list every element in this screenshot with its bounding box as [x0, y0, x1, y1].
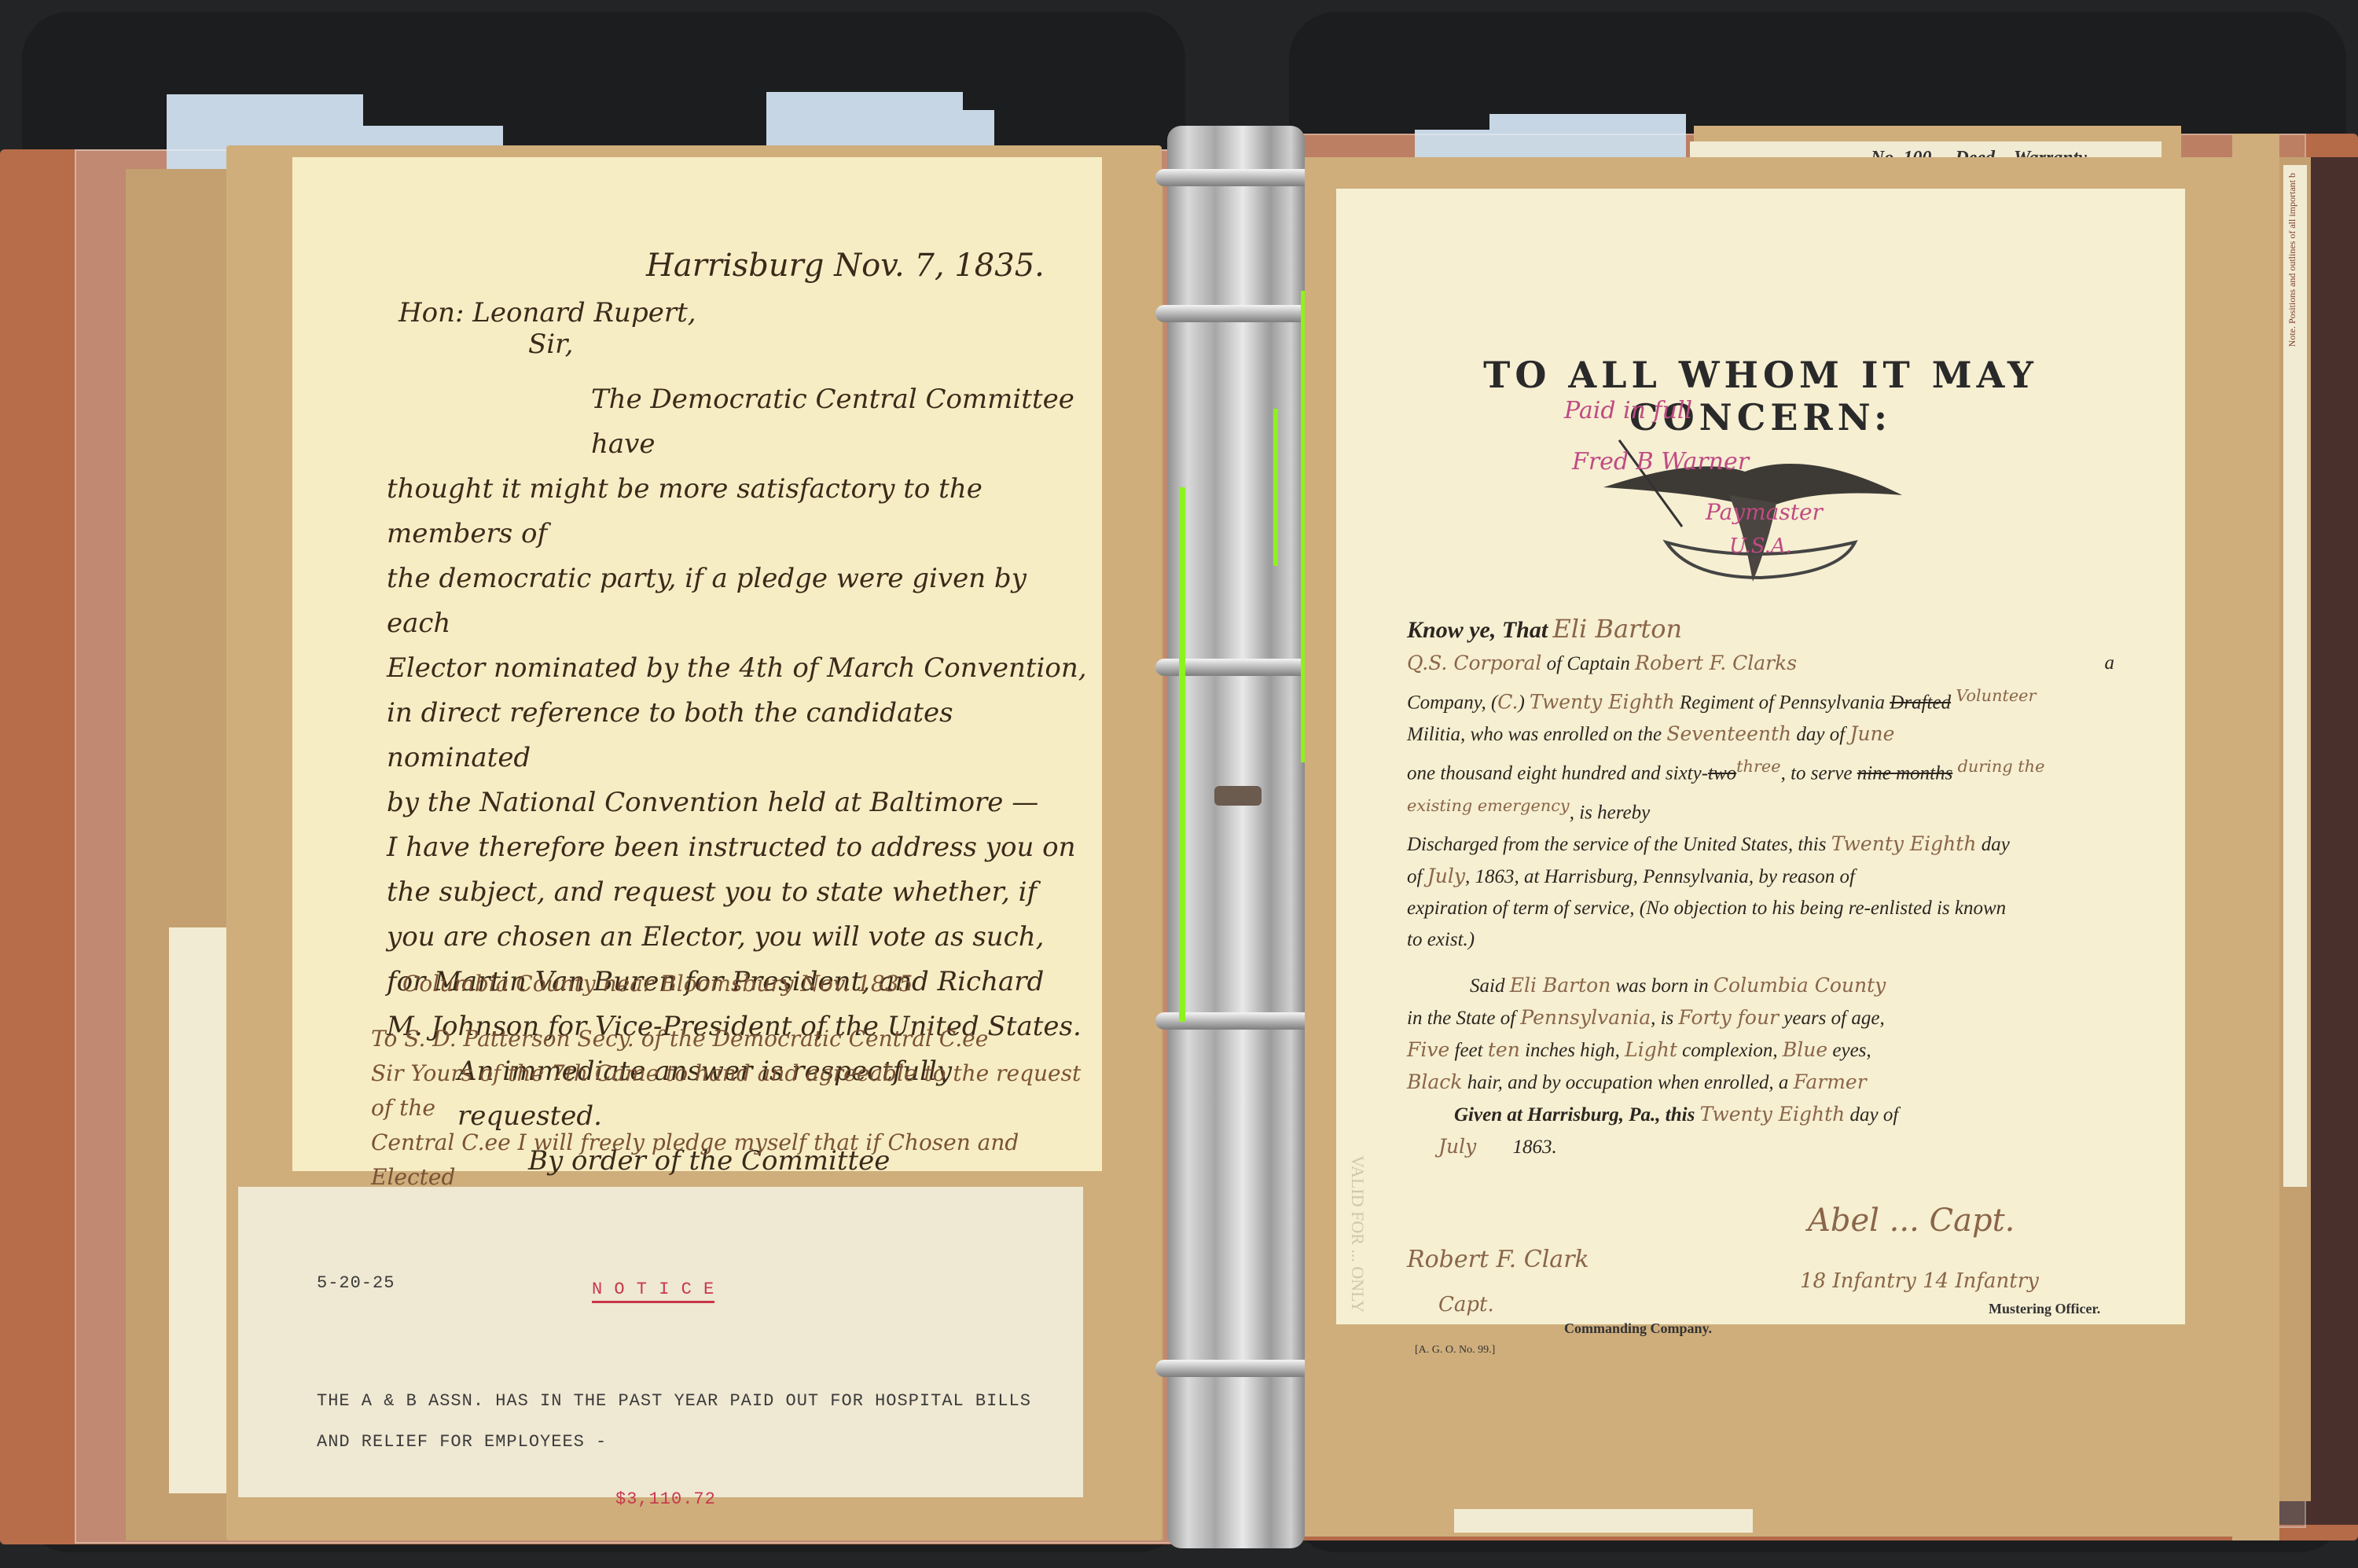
- cert-line: to exist.): [1407, 924, 2114, 956]
- reply-line: Central C.ee I will freely pledge myself…: [371, 1126, 1094, 1195]
- letter-line: the democratic party, if a pledge were g…: [387, 556, 1094, 646]
- letter-line: thought it might be more satisfactory to…: [387, 467, 1094, 556]
- plat-note-line-1: Note. Positions and outlines of all impo…: [2286, 173, 2298, 347]
- cert-line: Militia, who was enrolled on the Sevente…: [1407, 718, 2114, 751]
- cert-line: expiration of term of service, (No objec…: [1407, 893, 2114, 924]
- reply-location-line: Columbia County near Bloomsbury Nov. 183…: [402, 967, 913, 1001]
- letter-1835: Harrisburg Nov. 7, 1835. Hon: Leonard Ru…: [292, 157, 1102, 1171]
- cert-desc-line: in the State of Pennsylvania, is Forty f…: [1407, 1002, 2114, 1034]
- letter-salutation: Sir,: [528, 322, 574, 367]
- plat-form-edge: Note. Positions and outlines of all impo…: [2283, 165, 2307, 1187]
- cert-desc-line: Black hair, and by occupation when enrol…: [1407, 1067, 2114, 1099]
- letter-line: you are chosen an Elector, you will vote…: [387, 915, 1094, 960]
- letter-line: by the National Convention held at Balti…: [387, 780, 1094, 825]
- notice-line-1: THE A & B ASSN. HAS IN THE PAST YEAR PAI…: [317, 1391, 1031, 1411]
- paymaster-usa: U.S.A.: [1729, 534, 1792, 558]
- signature-mustering-title: 18 Infantry 14 Infantry: [1800, 1269, 2039, 1293]
- binder-spine: [1167, 126, 1305, 1548]
- binder-lever[interactable]: [1214, 786, 1262, 806]
- cert-line: Know ye, That Eli Barton: [1407, 613, 2114, 648]
- label-commanding-company: Commanding Company.: [1564, 1320, 1712, 1337]
- letter-line: in direct reference to both the candidat…: [387, 691, 1094, 780]
- reply-line: To S. D. Patterson Secy. of the Democrat…: [371, 1022, 1094, 1056]
- paymaster-paid-in-full: Paid in full: [1564, 397, 1692, 424]
- signature-mustering: Abel ... Capt.: [1808, 1203, 2015, 1239]
- certificate-body: Know ye, That Eli Barton Q.S. Corporal o…: [1407, 613, 2114, 1163]
- signature-commanding: Robert F. Clark: [1407, 1246, 1589, 1273]
- letter-line: I have therefore been instructed to addr…: [387, 825, 1094, 870]
- letter-dateline: Harrisburg Nov. 7, 1835.: [646, 244, 1045, 288]
- notice-date: 5-20-25: [317, 1273, 395, 1293]
- label-mustering-officer: Mustering Officer.: [1989, 1301, 2100, 1317]
- reply-line: Sir Yours of the 7th Came to hand and ag…: [371, 1056, 1094, 1126]
- paymaster-title: Paymaster: [1706, 499, 1823, 525]
- cert-desc-line: Said Eli Barton was born in Columbia Cou…: [1407, 970, 2114, 1002]
- cert-given-line: Given at Harrisburg, Pa., this Twenty Ei…: [1407, 1099, 2114, 1131]
- cert-line: Company, (C.) Twenty Eighth Regiment of …: [1407, 680, 2114, 718]
- notice-title: N O T I C E: [592, 1280, 714, 1303]
- notice-amount: $3,110.72: [615, 1489, 716, 1509]
- scan-artifact: [1273, 409, 1278, 566]
- notice-1925: 5-20-25 N O T I C E THE A & B ASSN. HAS …: [238, 1187, 1083, 1497]
- cert-given-line-2: July 1863.: [1407, 1131, 2114, 1163]
- cert-line: Q.S. Corporal of Captain Robert F. Clark…: [1407, 648, 2114, 680]
- binder-ring[interactable]: [1155, 169, 1313, 186]
- notice-line-2: AND RELIEF FOR EMPLOYEES -: [317, 1432, 607, 1452]
- binder-ring[interactable]: [1155, 305, 1313, 322]
- cert-line: one thousand eight hundred and sixty-two…: [1407, 751, 2114, 828]
- cert-line: Discharged from the service of the Unite…: [1407, 828, 2114, 861]
- cert-desc-line: Five feet ten inches high, Light complex…: [1407, 1034, 2114, 1067]
- letter-line: Elector nominated by the 4th of March Co…: [387, 646, 1094, 691]
- letter-line: the subject, and request you to state wh…: [387, 870, 1094, 915]
- letter-line: The Democratic Central Committee have: [387, 377, 1094, 467]
- cert-line: of July, 1863, at Harrisburg, Pennsylvan…: [1407, 861, 2114, 893]
- discharge-certificate: TO ALL WHOM IT MAY CONCERN: Paid in full…: [1336, 189, 2185, 1324]
- bleed-through-text: VALID FOR ... ONLY: [1347, 1155, 1368, 1313]
- scan-artifact: [1179, 487, 1185, 1022]
- signature-commanding-title: Capt.: [1438, 1293, 1494, 1316]
- form-number: [A. G. O. No. 99.]: [1415, 1344, 1495, 1357]
- binder-ring[interactable]: [1155, 1360, 1313, 1377]
- paymaster-signature: Fred B Warner: [1572, 448, 1749, 476]
- underlying-sheet-bottom: [1454, 1509, 1753, 1533]
